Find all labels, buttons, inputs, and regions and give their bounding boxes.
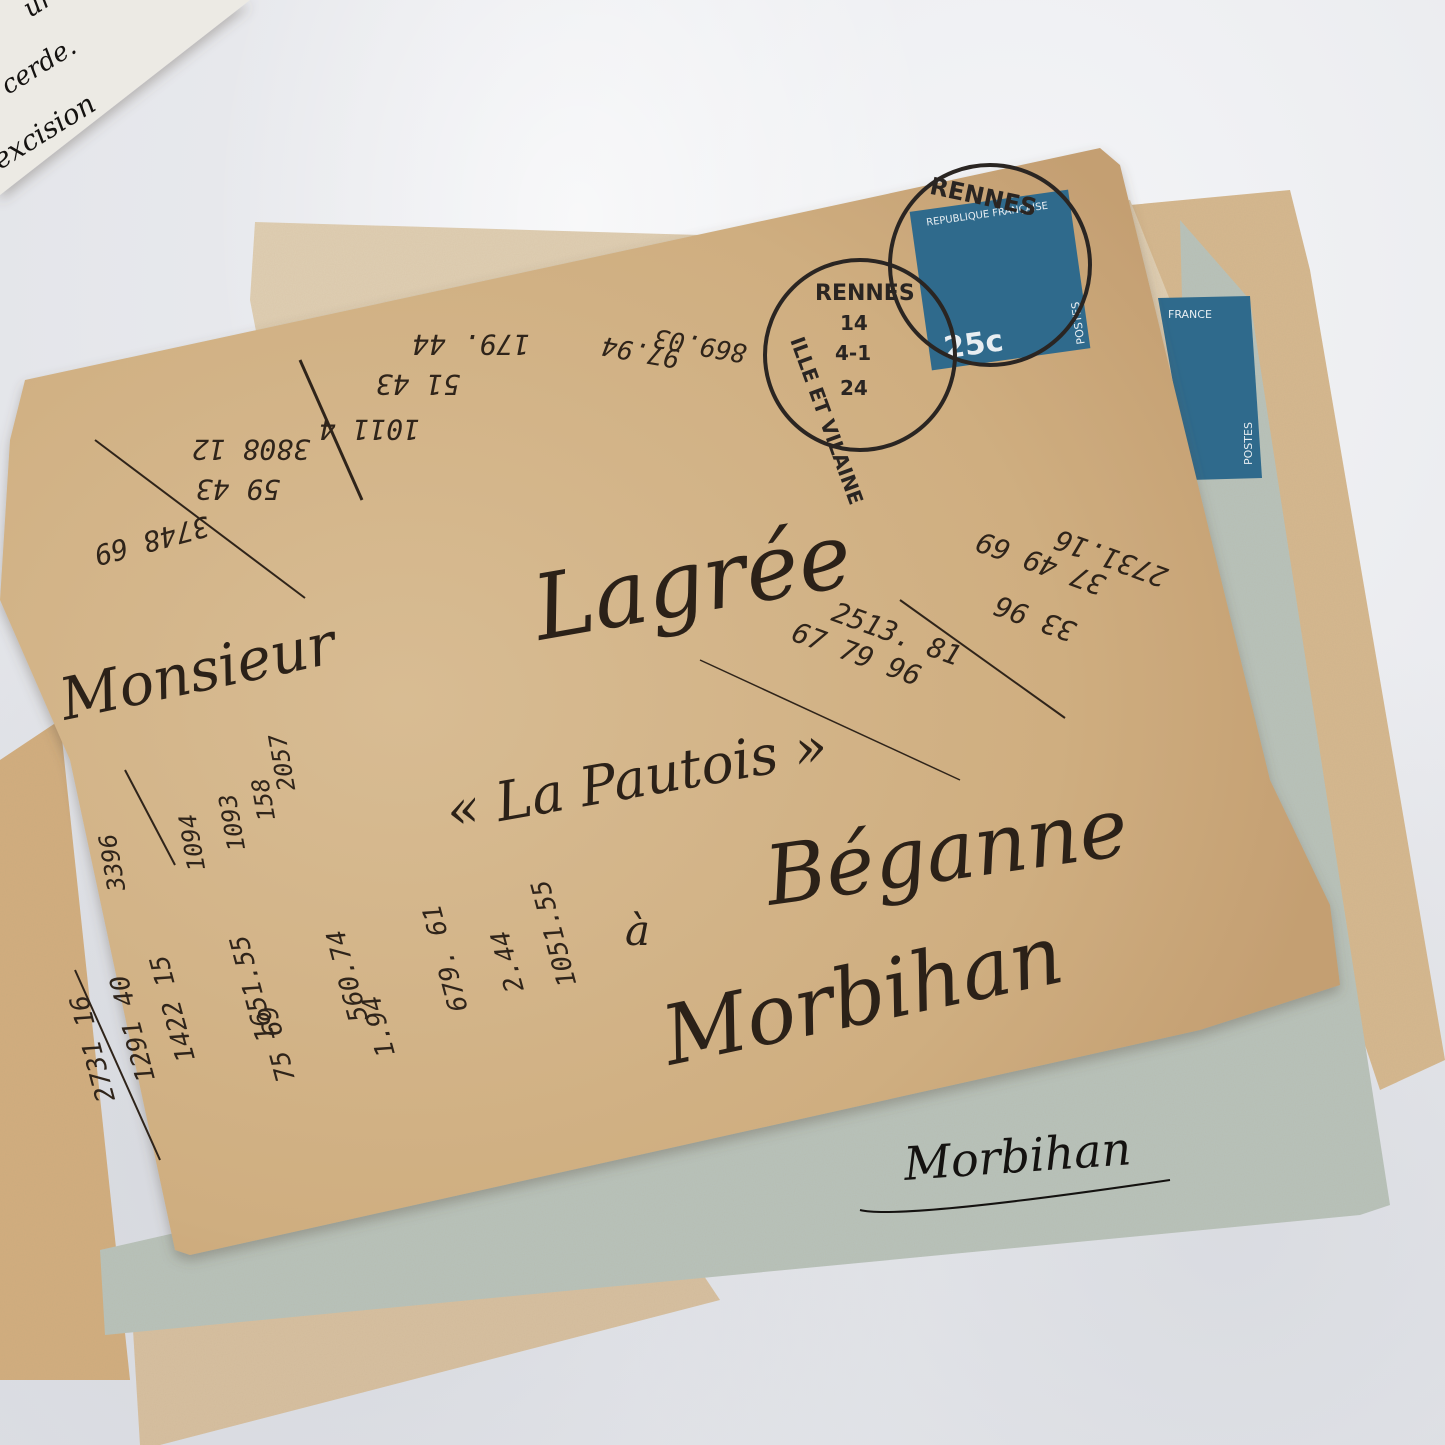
main-stamp: REPUBLIQUE FRANÇAISE 25c POSTES [910, 190, 1091, 371]
envelope-stack: ur cerde. excision FRANCE POSTES REPUBLI… [0, 0, 1445, 1445]
second-stamp-country: FRANCE [1168, 308, 1212, 321]
svg-text:3808 12: 3808 12 [192, 433, 311, 466]
address-to: à [625, 906, 650, 955]
svg-text:1011 4: 1011 4 [319, 413, 420, 446]
postmark-day: 14 [840, 311, 868, 335]
svg-text:179. 44: 179. 44 [412, 328, 530, 361]
second-stamp-label: POSTES [1242, 422, 1255, 465]
svg-text:59 43: 59 43 [196, 473, 280, 506]
postmark-year: 24 [840, 376, 868, 400]
top-left-letter: ur cerde. excision [0, 0, 250, 195]
postmark-city: RENNES [815, 281, 915, 306]
postmark-month: 4-1 [835, 341, 871, 365]
svg-text:51 43: 51 43 [376, 368, 460, 401]
